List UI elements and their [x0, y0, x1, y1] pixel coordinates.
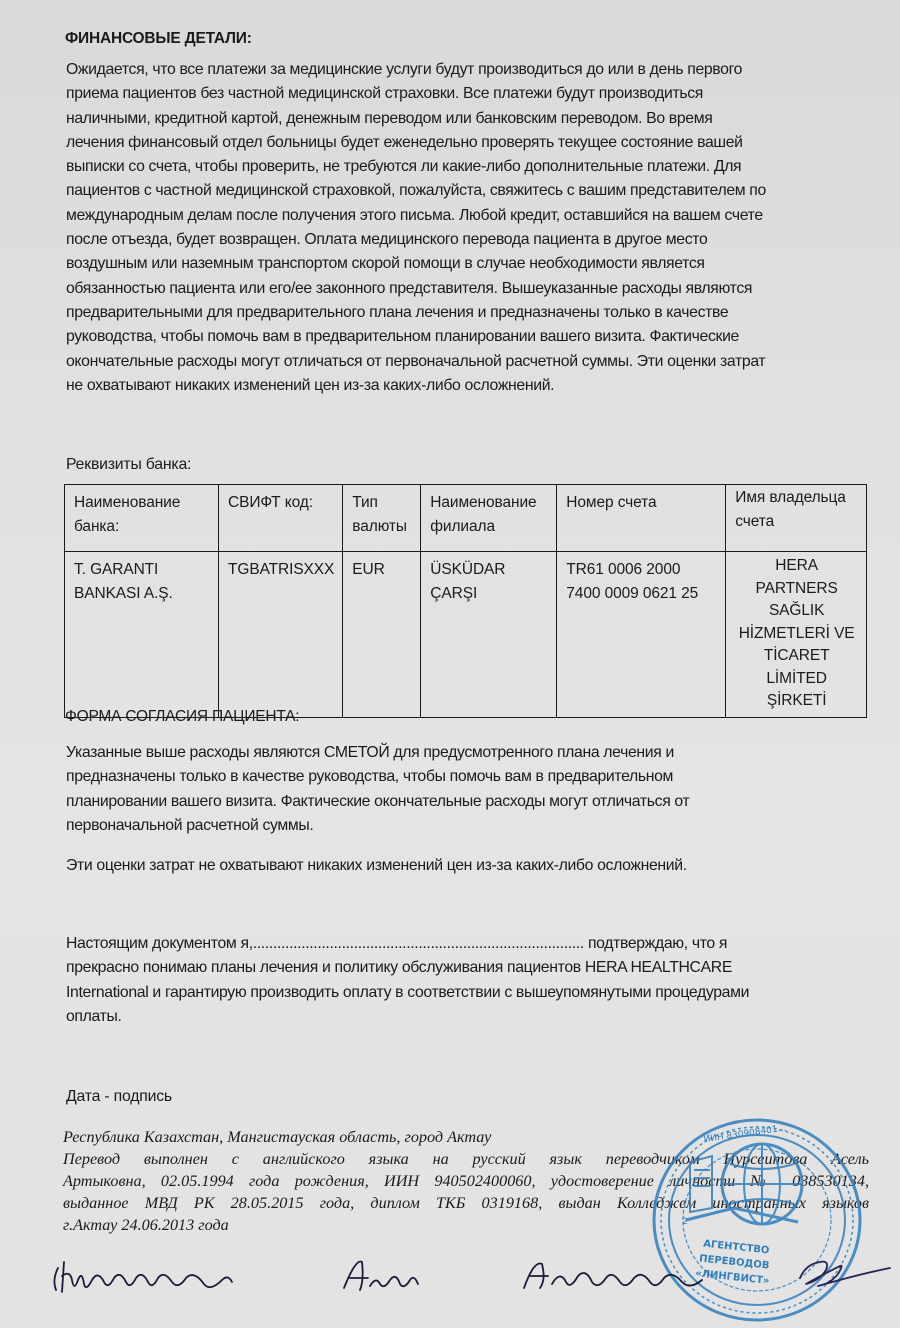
text-line: воздушным или наземным транспортом скоро… — [66, 252, 856, 276]
text-line: руководства, чтобы помочь вам в предвари… — [66, 325, 856, 349]
text-line: не охватывают никаких изменений цен из-з… — [66, 374, 856, 398]
header-currency: Типвалюты — [343, 485, 421, 552]
handwritten-signatures — [0, 1240, 900, 1328]
text-line: после отъезда, будет возвращен. Оплата м… — [66, 228, 856, 252]
text-line: Настоящим документом я,.................… — [66, 932, 856, 956]
text-line: приема пациентов без частной медицинской… — [66, 82, 856, 106]
text-line: окончательные расходы могут отличаться о… — [66, 350, 856, 374]
text-line: International и гарантирую производить о… — [66, 981, 856, 1005]
text-line: оплаты. — [66, 1005, 856, 1029]
text-line: предварительными для предварительного пл… — [66, 301, 856, 325]
svg-text:ИИН 830908401...: ИИН 830908401... — [703, 1123, 787, 1144]
text-line: Эти оценки затрат не охватывают никаких … — [66, 854, 856, 878]
text-line: обязанностью пациента или его/ее законно… — [66, 277, 856, 301]
text-line: международным делам после получения этог… — [66, 204, 856, 228]
text-line: Указанные выше расходы являются СМЕТОЙ д… — [66, 741, 856, 765]
cell-account-number: TR61 0006 20007400 0009 0621 25 — [557, 552, 726, 718]
handwriting-signature-icon — [0, 1240, 900, 1328]
table-header-row: Наименованиебанка: СВИФТ код: Типвалюты … — [65, 485, 867, 552]
svg-text:2: 2 — [682, 1217, 688, 1227]
text-line: пациентов с частной медицинской страховк… — [66, 179, 856, 203]
text-line: прекрасно понимаю планы лечения и полити… — [66, 956, 856, 980]
cell-bank-name: T. GARANTIBANKASI A.Ş. — [65, 552, 219, 718]
cell-account-owner: HERA PARTNERS SAĞLIK HİZMETLERİ VE TİCAR… — [726, 552, 867, 718]
financial-details-paragraph: Ожидается, что все платежи за медицински… — [66, 58, 856, 398]
text-line: предназначены только в качестве руководс… — [66, 765, 856, 789]
bank-details-label: Реквизиты банка: — [66, 456, 191, 474]
date-signature-label: Дата - подпись — [66, 1088, 172, 1106]
header-account-number: Номер счета — [557, 485, 726, 552]
text-line: первоначальной расчетной суммы. — [66, 814, 856, 838]
header-bank-name: Наименованиебанка: — [65, 485, 219, 552]
header-account-owner: Имя владельцасчета — [726, 485, 867, 552]
cell-currency: EUR — [343, 552, 421, 718]
consent-declaration: Настоящим документом я,.................… — [66, 932, 856, 1029]
consent-form-heading: ФОРМА СОГЛАСИЯ ПАЦИЕНТА: — [65, 708, 299, 726]
text-line: Ожидается, что все платежи за медицински… — [66, 58, 856, 82]
document-page: ФИНАНСОВЫЕ ДЕТАЛИ: Ожидается, что все пл… — [0, 0, 900, 1328]
table-row: T. GARANTIBANKASI A.Ş. TGBATRISXXX EUR Ü… — [65, 552, 867, 718]
consent-paragraph-complications: Эти оценки затрат не охватывают никаких … — [66, 854, 856, 878]
cell-swift: TGBATRISXXX — [219, 552, 343, 718]
header-swift: СВИФТ код: — [219, 485, 343, 552]
text-line: наличными, кредитной картой, денежным пе… — [66, 107, 856, 131]
financial-details-heading: ФИНАНСОВЫЕ ДЕТАЛИ: — [65, 30, 252, 48]
header-branch: Наименованиефилиала — [421, 485, 557, 552]
cell-branch: ÜSKÜDARÇARŞI — [421, 552, 557, 718]
text-line: выписки со счета, чтобы проверить, не тр… — [66, 155, 856, 179]
text-line: планировании вашего визита. Фактические … — [66, 790, 856, 814]
bank-details-table: Наименованиебанка: СВИФТ код: Типвалюты … — [64, 484, 867, 718]
consent-paragraph-estimate: Указанные выше расходы являются СМЕТОЙ д… — [66, 741, 856, 838]
text-line: лечения финансовый отдел больницы будет … — [66, 131, 856, 155]
